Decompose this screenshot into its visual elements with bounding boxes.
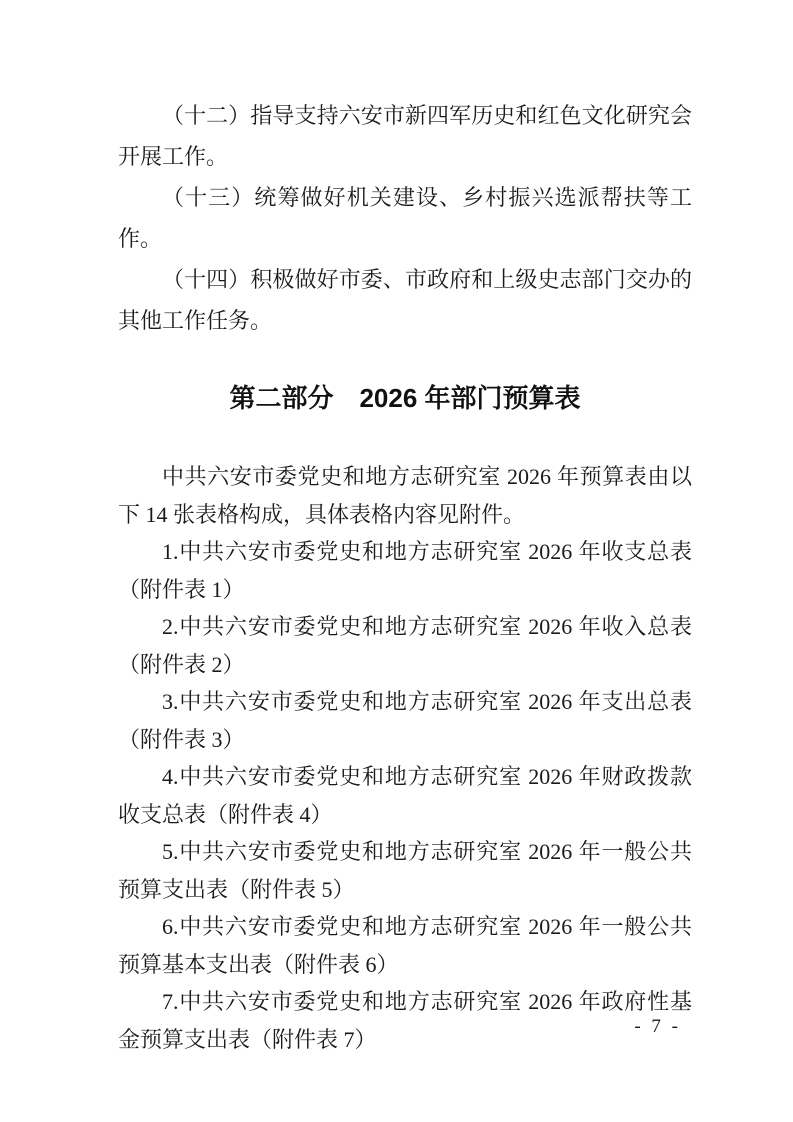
- task-paragraph-13: （十三）统筹做好机关建设、乡村振兴选派帮扶等工作。: [118, 177, 692, 259]
- page-content: （十二）指导支持六安市新四军历史和红色文化研究会开展工作。 （十三）统筹做好机关…: [118, 95, 692, 1058]
- budget-table-item-2: 2.中共六安市委党史和地方志研究室 2026 年收入总表（附件表 2）: [118, 608, 692, 683]
- budget-table-item-1: 1.中共六安市委党史和地方志研究室 2026 年收支总表（附件表 1）: [118, 533, 692, 608]
- budget-tables-section: 中共六安市委党史和地方志研究室 2026 年预算表由以下 14 张表格构成，具体…: [118, 458, 692, 1058]
- budget-intro-paragraph: 中共六安市委党史和地方志研究室 2026 年预算表由以下 14 张表格构成，具体…: [118, 458, 692, 533]
- budget-table-item-6: 6.中共六安市委党史和地方志研究室 2026 年一般公共预算基本支出表（附件表 …: [118, 908, 692, 983]
- page-number: - 7 -: [634, 1016, 681, 1038]
- section-heading: 第二部分 2026 年部门预算表: [118, 380, 692, 416]
- budget-table-item-5: 5.中共六安市委党史和地方志研究室 2026 年一般公共预算支出表（附件表 5）: [118, 833, 692, 908]
- budget-table-item-3: 3.中共六安市委党史和地方志研究室 2026 年支出总表（附件表 3）: [118, 683, 692, 758]
- budget-table-item-4: 4.中共六安市委党史和地方志研究室 2026 年财政拨款收支总表（附件表 4）: [118, 758, 692, 833]
- document-page: （十二）指导支持六安市新四军历史和红色文化研究会开展工作。 （十三）统筹做好机关…: [0, 0, 793, 1122]
- budget-table-item-7: 7.中共六安市委党史和地方志研究室 2026 年政府性基金预算支出表（附件表 7…: [118, 983, 692, 1058]
- task-paragraph-12: （十二）指导支持六安市新四军历史和红色文化研究会开展工作。: [118, 95, 692, 177]
- tasks-section: （十二）指导支持六安市新四军历史和红色文化研究会开展工作。 （十三）统筹做好机关…: [118, 95, 692, 341]
- task-paragraph-14: （十四）积极做好市委、市政府和上级史志部门交办的其他工作任务。: [118, 259, 692, 341]
